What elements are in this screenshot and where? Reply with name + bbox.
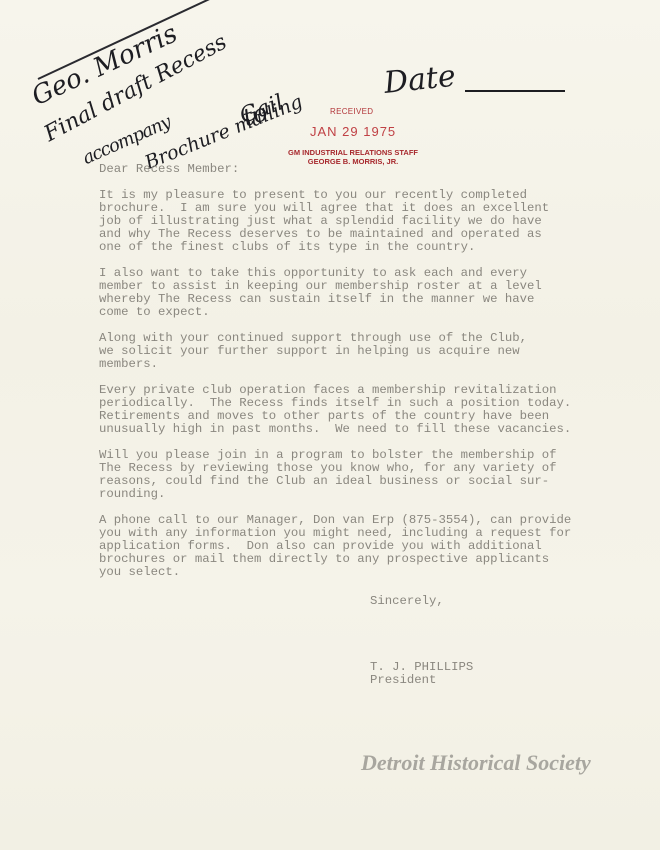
paragraph-6: A phone call to our Manager, Don van Erp…	[99, 514, 619, 579]
paragraph-5: Will you please join in a program to bol…	[99, 449, 619, 501]
watermark: Detroit Historical Society	[361, 750, 591, 776]
signer-title: President	[370, 674, 473, 687]
stamp-department: GM INDUSTRIAL RELATIONS STAFF	[283, 148, 423, 157]
letter-body: Dear Recess Member: It is my pleasure to…	[99, 163, 619, 592]
letter-page: Geo. Morris to Final draft Recess accomp…	[0, 0, 660, 850]
handwritten-date-label: Date	[382, 59, 457, 101]
received-stamp-label: RECEIVED	[330, 107, 373, 116]
paragraph-1: It is my pleasure to present to you our …	[99, 189, 619, 254]
closing: Sincerely,	[370, 595, 444, 608]
received-stamp-date: JAN 29 1975	[310, 124, 396, 139]
paragraph-4: Every private club operation faces a mem…	[99, 384, 619, 436]
salutation: Dear Recess Member:	[99, 163, 619, 176]
paragraph-3: Along with your continued support throug…	[99, 332, 619, 371]
signature-block: T. J. PHILLIPS President	[370, 661, 473, 687]
paragraph-2: I also want to take this opportunity to …	[99, 267, 619, 319]
date-blank-line	[465, 90, 565, 92]
